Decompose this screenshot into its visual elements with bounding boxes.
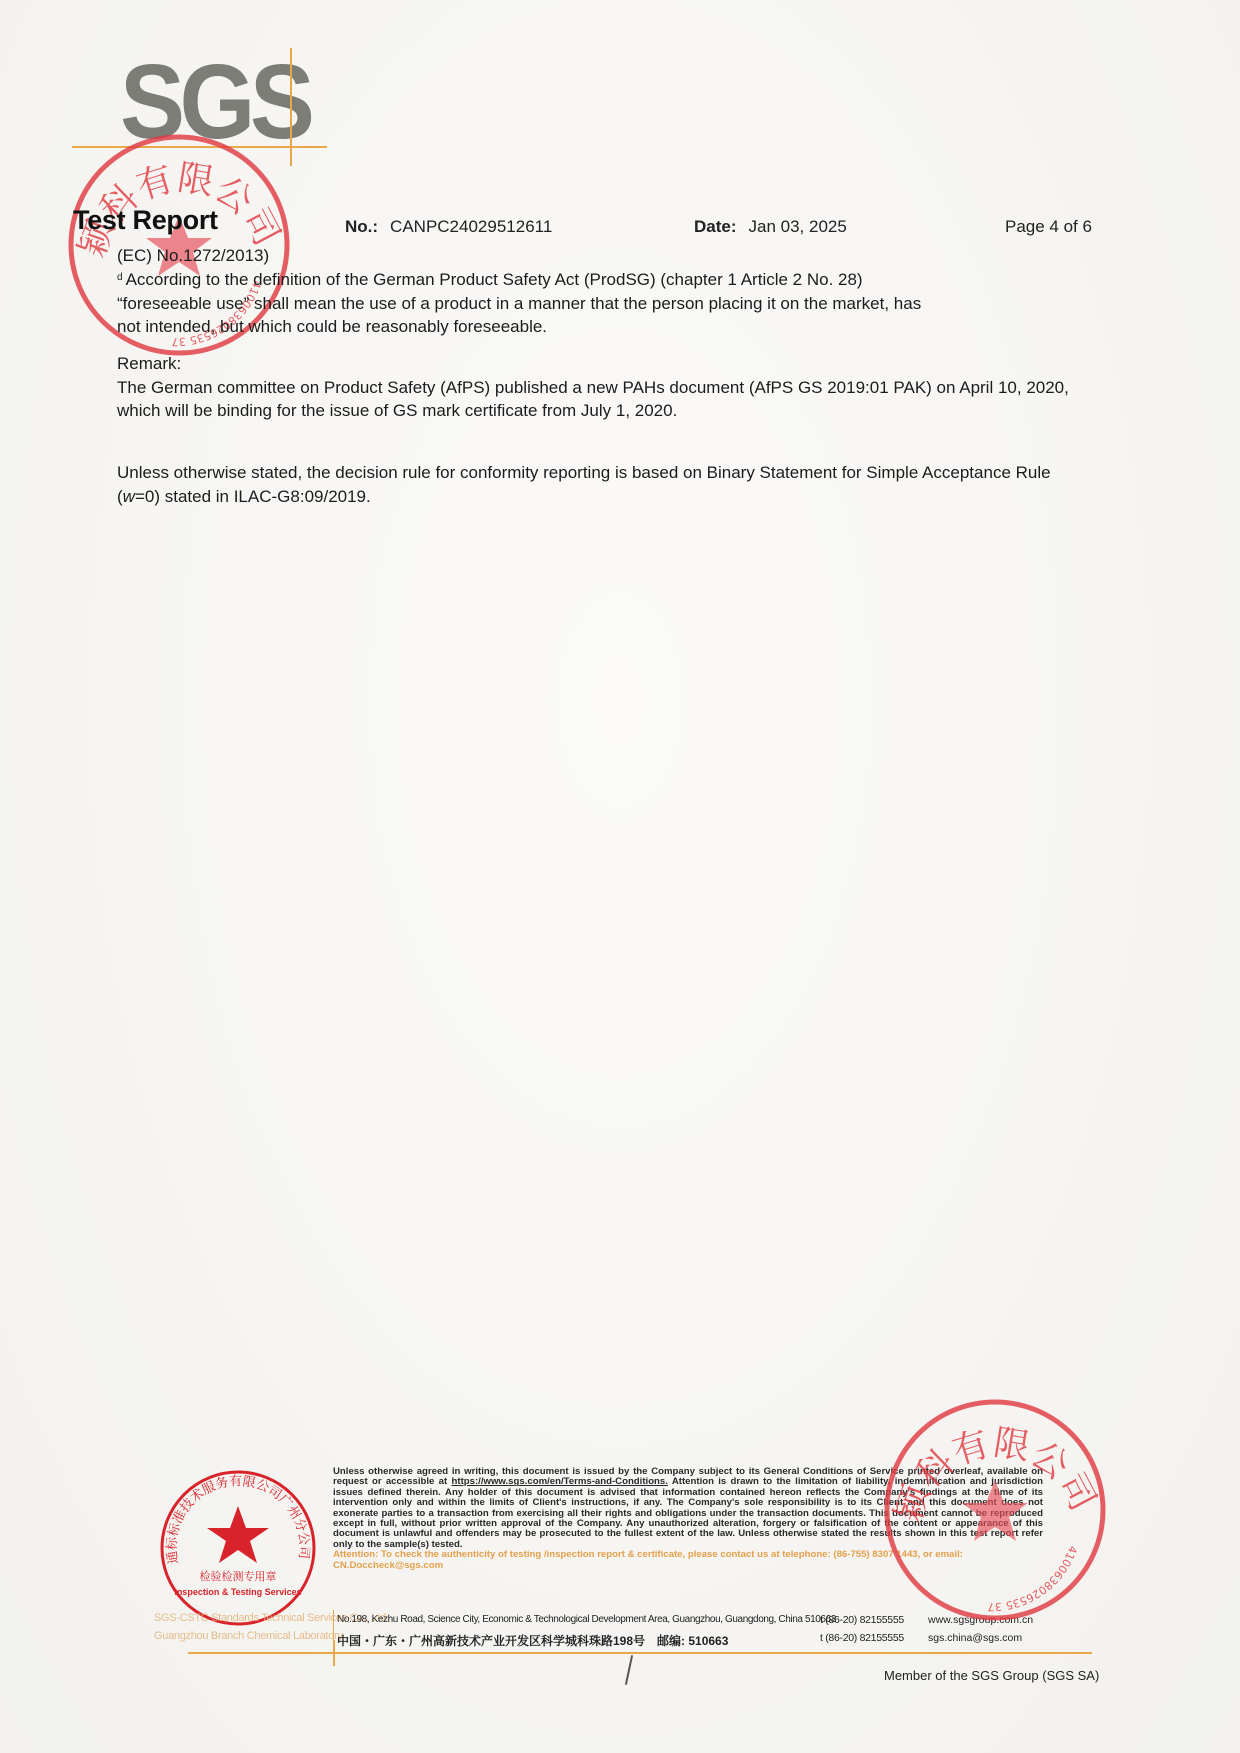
definition-line-3: not intended, but which could be reasona… xyxy=(117,315,1077,339)
report-date-value: Jan 03, 2025 xyxy=(749,217,847,236)
report-date: Date:Jan 03, 2025 xyxy=(694,217,847,237)
terms-link[interactable]: https://www.sgs.com/en/Terms-and-Conditi… xyxy=(452,1476,668,1487)
definition-line-1: According to the definition of the Germa… xyxy=(126,270,863,289)
sgs-logo: SGS xyxy=(120,55,285,150)
report-number: No.:CANPC24029512611 xyxy=(345,217,552,237)
address-chinese: 中国・广东・广州高新技术产业开发区科学城科珠路198号 邮编: 510663 xyxy=(337,1632,728,1649)
remark-text: The German committee on Product Safety (… xyxy=(117,376,1077,423)
decision-rule-text: Unless otherwise stated, the decision ru… xyxy=(117,461,1077,508)
definition-line-2: “foreseeable use” shall mean the use of … xyxy=(117,292,1077,316)
report-number-label: No.: xyxy=(345,217,378,236)
remark-section: Remark: The German committee on Product … xyxy=(117,352,1077,423)
footnote-marker: d xyxy=(117,272,123,283)
report-title: Test Report xyxy=(73,205,218,236)
ec-regulation-line: (EC) No.1272/2013) xyxy=(117,244,1077,268)
email-link[interactable]: sgs.china@sgs.com xyxy=(928,1632,1022,1644)
authenticity-notice: Attention: To check the authenticity of … xyxy=(333,1550,1043,1571)
lab-name-line-2: Guangzhou Branch Chemical Laboratory xyxy=(154,1630,343,1642)
report-date-label: Date: xyxy=(694,217,737,236)
website-link[interactable]: www.sgsgroup.com.cn xyxy=(928,1614,1033,1626)
decision-rule-section: Unless otherwise stated, the decision ru… xyxy=(117,461,1077,508)
legal-disclaimer: Unless otherwise agreed in writing, this… xyxy=(333,1467,1043,1571)
address-english: No.198, Kezhu Road, Science City, Econom… xyxy=(337,1614,836,1625)
footer-vertical-rule xyxy=(333,1640,335,1666)
logo-horizontal-rule xyxy=(72,146,327,148)
telephone-1: t (86-20) 82155555 xyxy=(820,1614,904,1626)
page-indicator: Page 4 of 6 xyxy=(1005,217,1092,237)
logo-vertical-rule xyxy=(290,48,292,166)
report-number-value: CANPC24029512611 xyxy=(390,217,552,236)
sgs-logo-text: SGS xyxy=(120,49,309,155)
member-statement: Member of the SGS Group (SGS SA) xyxy=(884,1668,1099,1683)
footnote-definition: dAccording to the definition of the Germ… xyxy=(117,268,1077,339)
remark-heading: Remark: xyxy=(117,352,1077,376)
telephone-2: t (86-20) 82155555 xyxy=(820,1632,904,1644)
footer-rule xyxy=(188,1652,1092,1654)
